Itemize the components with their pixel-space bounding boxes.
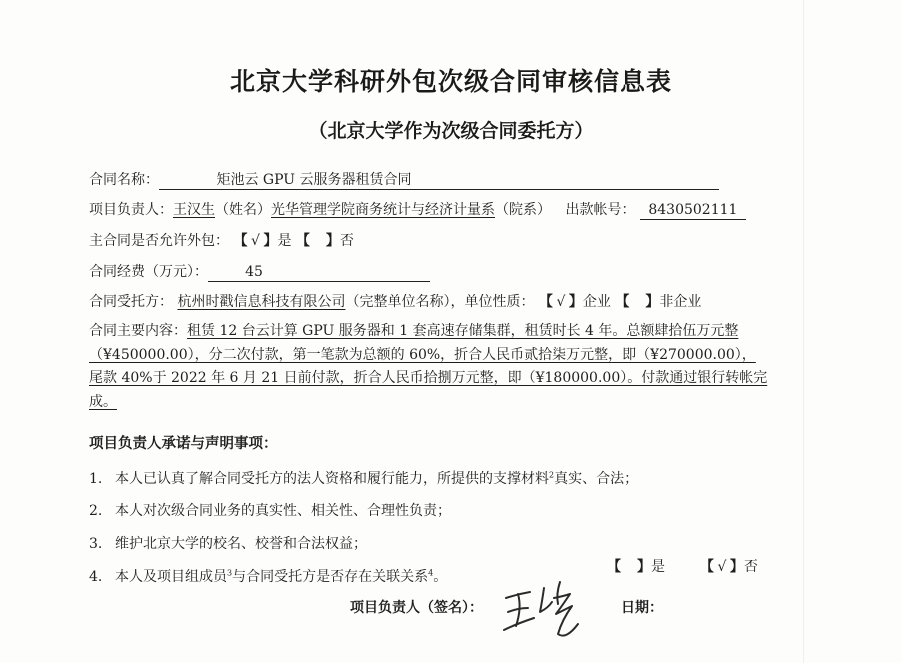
contract-fee-field[interactable]: 45 (208, 263, 430, 282)
department-suffix: （院系） (495, 202, 551, 218)
date-label: 日期： (621, 597, 663, 617)
main-content-line-4[interactable]: 成。 (89, 391, 811, 415)
subcontract-no-checkbox[interactable]: 【】 (296, 231, 340, 251)
contractor-row: 合同受托方： 杭州时戳信息科技有限公司（完整单位名称），单位性质： 【√】企业 … (89, 292, 701, 312)
account-field[interactable]: 8430502111 (640, 201, 746, 220)
contract-name-field[interactable]: 矩池云 GPU 云服务器租赁合同 (159, 171, 719, 190)
main-content-block: 合同主要内容：租赁 12 台云计算 GPU 服务器和 1 套高速存储集群，租赁时… (89, 320, 811, 414)
declaration-item-4: 4.本人及项目组成员3与合同受托方是否存在关联关系4。 (89, 566, 447, 586)
relation-no-checkbox[interactable]: 【√】 (700, 556, 744, 576)
contract-name-row: 合同名称：矩池云 GPU 云服务器租赁合同 (89, 170, 719, 190)
contractor-name-field[interactable]: 杭州时戳信息科技有限公司 (177, 294, 345, 310)
enterprise-label: 企业 (583, 294, 611, 310)
relation-no-label: 否 (744, 559, 758, 575)
name-suffix: （姓名） (215, 202, 271, 218)
project-leader-label: 项目负责人： (89, 202, 173, 218)
relation-yes-label: 是 (651, 559, 665, 575)
declaration-item-2: 2.本人对次级合同业务的真实性、相关性、合理性负责； (89, 500, 451, 520)
subcontract-yes-checkbox[interactable]: 【√】 (233, 231, 277, 251)
declarations-heading: 项目负责人承诺与声明事项： (89, 432, 278, 453)
document-title: 北京大学科研外包次级合同审核信息表 (0, 62, 902, 98)
contractor-suffix: （完整单位名称），单位性质： (345, 294, 534, 310)
subcontract-allowed-row: 主合同是否允许外包： 【√】是 【】否 (89, 231, 354, 251)
handwritten-signature[interactable] (500, 578, 590, 663)
declaration-item-1: 1.本人已认真了解合同受托方的法人资格和履行能力，所提供的支撑材料2真实、合法； (89, 468, 638, 488)
declaration-item-3: 3.维护北京大学的校名、校誉和合法权益； (89, 533, 367, 553)
contract-fee-row: 合同经费（万元）：45 (89, 262, 430, 282)
signature-label: 项目负责人（签名）： (350, 597, 483, 617)
project-leader-row: 项目负责人：王汉生（姓名）光华管理学院商务统计与经济计量系（院系） 出款帐号： … (89, 200, 746, 220)
enterprise-checkbox[interactable]: 【√】 (539, 292, 583, 312)
main-content-label: 合同主要内容： (89, 323, 187, 339)
contractor-label: 合同受托方： (89, 294, 173, 310)
subcontract-allowed-label: 主合同是否允许外包： (89, 233, 229, 249)
main-content-line-1[interactable]: 租赁 12 台云计算 GPU 服务器和 1 套高速存储集群，租赁时长 4 年。总… (187, 323, 738, 339)
department-field[interactable]: 光华管理学院商务统计与经济计量系 (271, 202, 495, 218)
non-enterprise-checkbox[interactable]: 【】 (615, 292, 659, 312)
subcontract-no-label: 否 (340, 233, 354, 249)
project-leader-name[interactable]: 王汉生 (173, 202, 215, 218)
relation-checks: 【】是 【√】否 (607, 556, 758, 576)
contract-name-label: 合同名称： (89, 172, 159, 188)
contract-fee-label: 合同经费（万元）： (89, 264, 208, 280)
document-subtitle: （北京大学作为次级合同委托方） (0, 116, 902, 143)
subcontract-yes-label: 是 (277, 233, 291, 249)
non-enterprise-label: 非企业 (659, 294, 701, 310)
main-content-line-2[interactable]: （¥450000.00），分二次付款，第一笔款为总额的 60%，折合人民币贰拾柒… (89, 344, 811, 368)
account-label: 出款帐号： (565, 202, 635, 218)
relation-yes-checkbox[interactable]: 【】 (607, 556, 651, 576)
main-content-line-3[interactable]: 尾款 40%于 2022 年 6 月 21 日前付款，折合人民币拾捌万元整，即（… (89, 367, 811, 391)
document-page: 北京大学科研外包次级合同审核信息表 （北京大学作为次级合同委托方） 合同名称：矩… (0, 0, 902, 663)
